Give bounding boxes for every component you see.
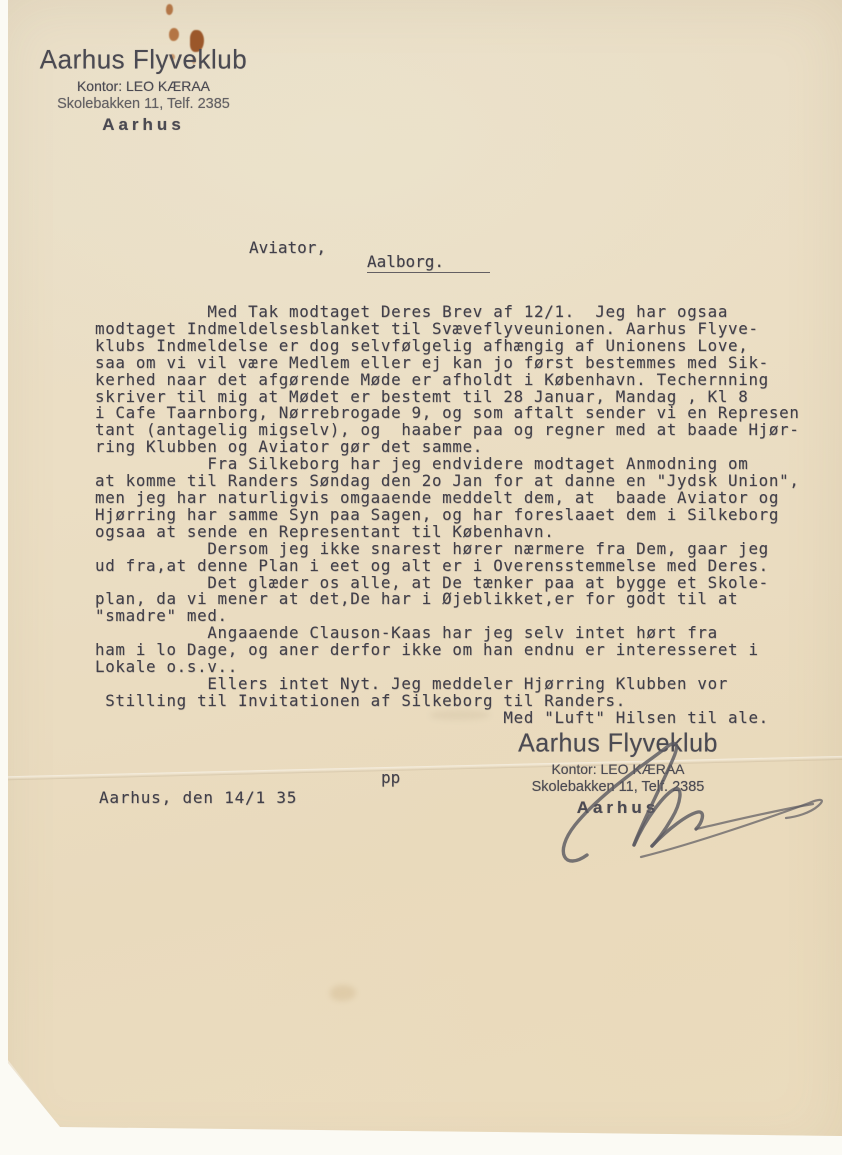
paper: Aarhus Flyveklub Kontor: LEO KÆRAA Skole… [0,0,842,1155]
scan-background: Aarhus Flyveklub Kontor: LEO KÆRAA Skole… [0,0,842,1155]
org-name: Aarhus Flyveklub [26,43,261,75]
org-address: Skolebakken 11, Telf. 2385 [26,96,261,112]
recipient-city: Aalborg. [367,252,490,273]
org-office: Kontor: LEO KÆRAA [26,78,261,94]
rust-stain [169,28,179,41]
date-line: Aarhus, den 14/1 35 [99,788,297,807]
body-line: ud fra,at denne Plan i eet og alt er i O… [95,558,785,575]
rust-stain [166,4,173,15]
letter-body: Med Tak modtaget Deres Brev af 12/1. Jeg… [95,304,785,727]
corner-fold [8,1060,62,1130]
body-line: kerhed naar det afgørende Møde er afhold… [95,372,785,389]
pp-initials: pp [381,768,400,787]
signature [545,733,837,871]
org-city: Aarhus [26,115,261,135]
recipient-name: Aviator, [249,238,326,257]
letterhead-stamp: Aarhus Flyveklub Kontor: LEO KÆRAA Skole… [26,44,261,135]
paper-smudge [330,985,356,1001]
body-line: Med "Luft" Hilsen til ale. [95,710,785,727]
